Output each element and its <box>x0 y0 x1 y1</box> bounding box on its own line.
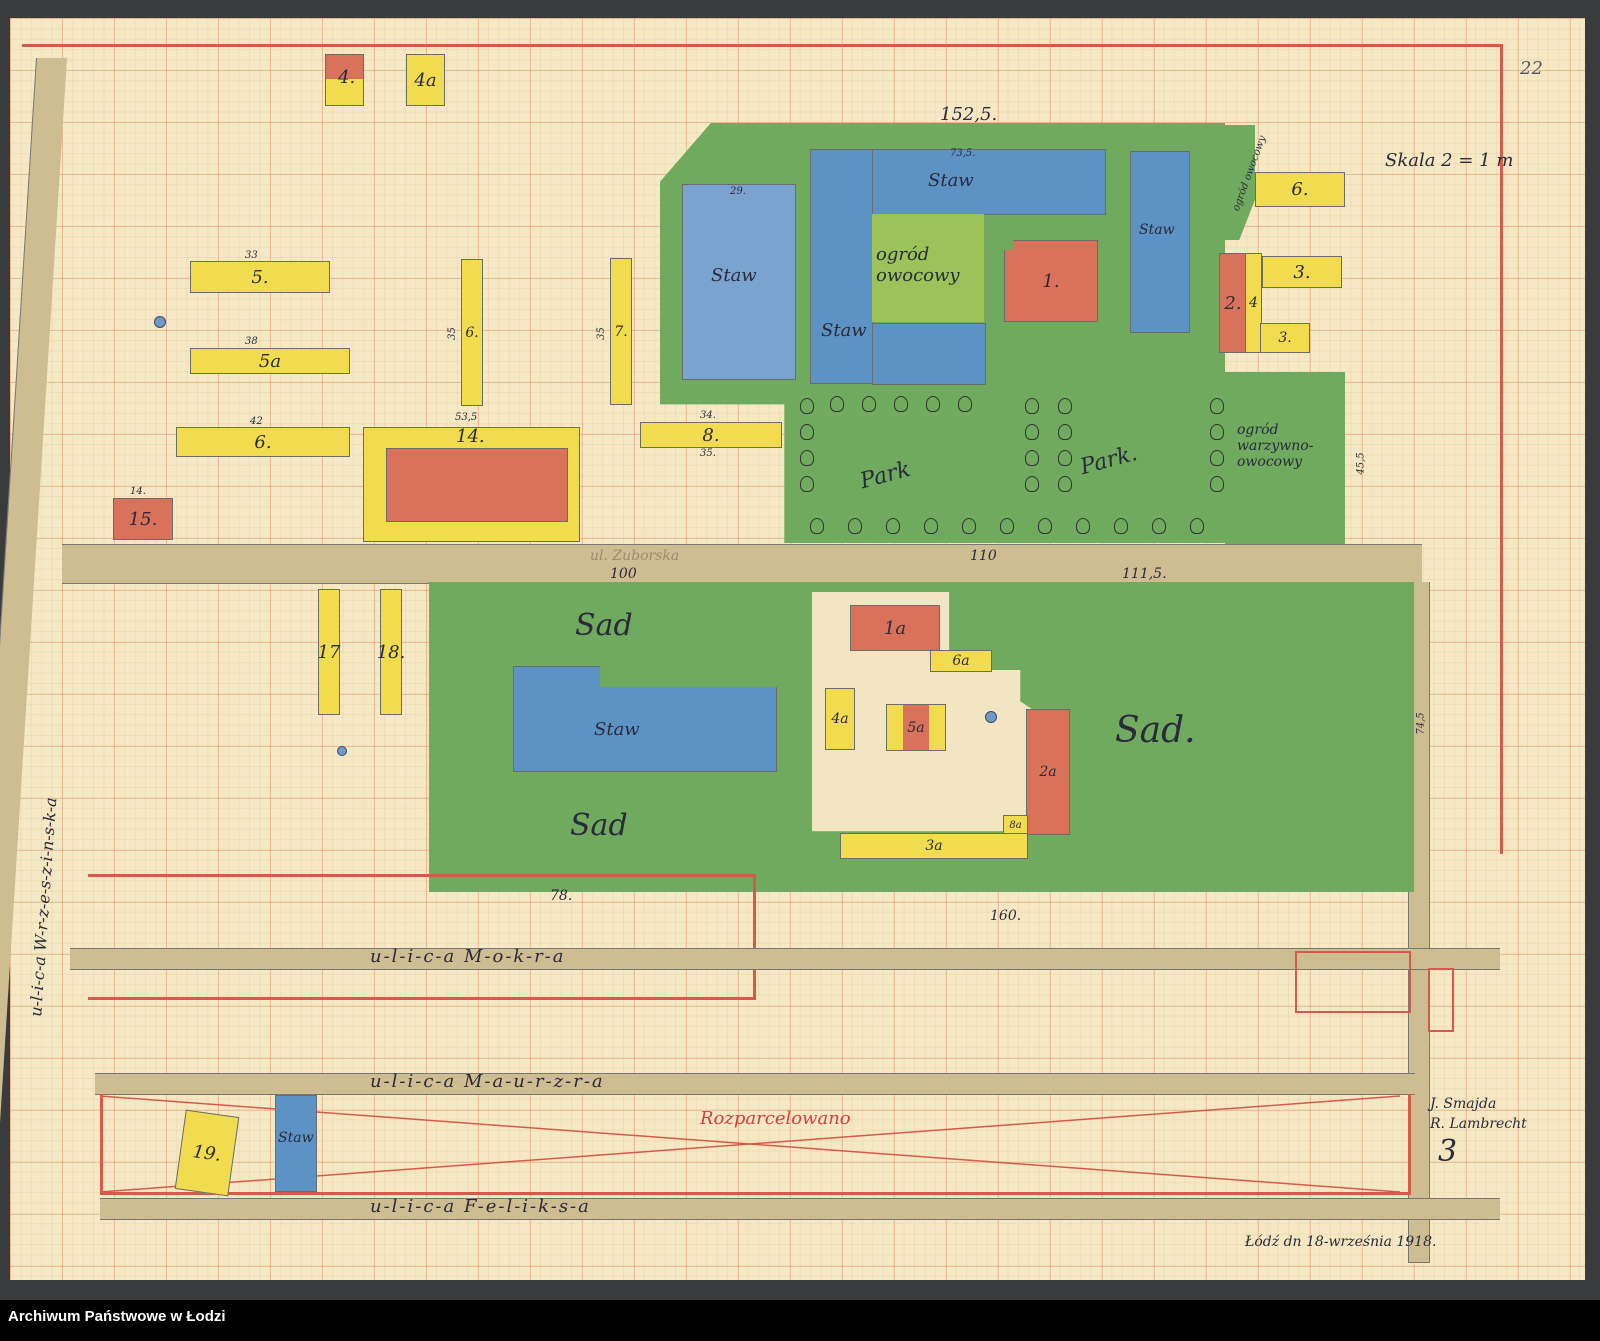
well-courtyard <box>985 711 997 723</box>
building-8: 4a <box>406 54 445 106</box>
tree-icon <box>1190 518 1204 534</box>
building-18: 18. <box>380 589 402 715</box>
tree-icon <box>1000 518 1014 534</box>
vegetable-garden: ogród warzywno-owocowy <box>1225 372 1345 544</box>
map-sheet: u-l-i-c-a W-r-z-e-s-z-i-n-s-k-a 22 Skala… <box>10 18 1585 1280</box>
tree-icon <box>924 518 938 534</box>
tree-icon <box>1025 450 1039 466</box>
tree-icon <box>1038 518 1052 534</box>
right-lot-1 <box>1295 951 1411 1013</box>
building-7: 4. <box>325 54 364 106</box>
signature-2: R. Lambrecht <box>1430 1116 1527 1132</box>
pond-3: Staw <box>872 149 1106 215</box>
building-2: 2. <box>1219 253 1247 353</box>
tree-icon <box>958 396 972 412</box>
road-zuborska <box>62 544 1422 584</box>
building-1: 1. <box>1004 240 1098 322</box>
tree-icon <box>1058 424 1072 440</box>
property-border-top <box>22 44 1500 47</box>
tree-icon <box>1114 518 1128 534</box>
sad-label-2: Sad <box>570 808 628 843</box>
building-6a: 6a <box>930 650 992 672</box>
pond-1: Staw <box>682 184 796 380</box>
pond-5: Staw <box>1130 151 1190 333</box>
building-12: 6.6. <box>461 259 483 406</box>
tree-icon <box>1210 424 1224 440</box>
tree-icon <box>800 424 814 440</box>
sad-label-1: Sad <box>575 608 633 643</box>
tree-icon <box>1152 518 1166 534</box>
street-feliksa <box>100 1198 1500 1220</box>
signature-flourish: 3 <box>1438 1134 1457 1169</box>
building-17: 17 <box>318 589 340 715</box>
building-2a: 2a <box>1026 709 1070 835</box>
orchard-garden: ogród owocowy <box>872 214 984 322</box>
building-3a: 3a <box>840 833 1028 859</box>
pond-4 <box>872 323 986 385</box>
page-number: 22 <box>1520 58 1543 79</box>
tree-icon <box>1058 398 1072 414</box>
well-marker <box>154 316 166 328</box>
tree-icon <box>830 396 844 412</box>
building-8a: 8a <box>1003 815 1028 835</box>
tree-icon <box>810 518 824 534</box>
scale-note: Skala 2 = 1 m <box>1385 150 1513 171</box>
archive-footer: Archiwum Państwowe w Łodzi <box>0 1300 1600 1341</box>
date-place: Łódź dn 18-września 1918. <box>1245 1234 1436 1250</box>
lot-boundary-mid <box>88 874 756 1000</box>
tree-icon <box>886 518 900 534</box>
top-dimension: 152,5. <box>940 104 997 125</box>
tree-icon <box>800 450 814 466</box>
tree-icon <box>800 398 814 414</box>
building-10: 5a <box>190 348 350 374</box>
building-9: 5. <box>190 261 330 293</box>
brick-kiln <box>386 448 568 522</box>
building-5a: 5a5a <box>886 704 946 751</box>
tree-icon <box>1058 476 1072 492</box>
building-3: 3.3. <box>1260 323 1310 353</box>
sad-label-3: Sad. <box>1115 710 1196 751</box>
building-11: 6. <box>176 427 350 457</box>
archive-label: Archiwum Państwowe w Łodzi <box>8 1308 226 1325</box>
building-16: 15. <box>113 498 173 540</box>
tree-icon <box>926 396 940 412</box>
tree-icon <box>962 518 976 534</box>
building-19: 19. <box>175 1110 240 1197</box>
tree-icon <box>894 396 908 412</box>
building-13: 7. <box>610 258 632 405</box>
well-marker-2 <box>337 746 347 756</box>
tree-icon <box>1210 398 1224 414</box>
pond-2: Staw <box>810 149 874 384</box>
building-14: 8. <box>640 422 782 448</box>
tree-icon <box>862 396 876 412</box>
tree-icon <box>1025 424 1039 440</box>
tree-icon <box>1210 476 1224 492</box>
street-mazurska <box>95 1073 1415 1095</box>
tree-icon <box>800 476 814 492</box>
tree-icon <box>1058 450 1072 466</box>
building-15: 14. <box>363 427 580 542</box>
street-mokra <box>70 948 1500 970</box>
tree-icon <box>1076 518 1090 534</box>
signature-1: J. Smajda <box>1430 1096 1496 1112</box>
tree-icon <box>1025 476 1039 492</box>
building-6: 6.6.6. <box>1255 172 1345 207</box>
building-1a: 1a <box>850 605 940 651</box>
building-4a: 4a4.4a <box>825 688 855 750</box>
tree-icon <box>1210 450 1224 466</box>
subdivided-note: Rozparcelowano <box>700 1108 851 1129</box>
right-lot-2 <box>1428 968 1454 1032</box>
tree-icon <box>848 518 862 534</box>
building-5: 5.3. <box>1262 256 1342 288</box>
pond-19: Staw <box>275 1095 317 1192</box>
tree-icon <box>1025 398 1039 414</box>
